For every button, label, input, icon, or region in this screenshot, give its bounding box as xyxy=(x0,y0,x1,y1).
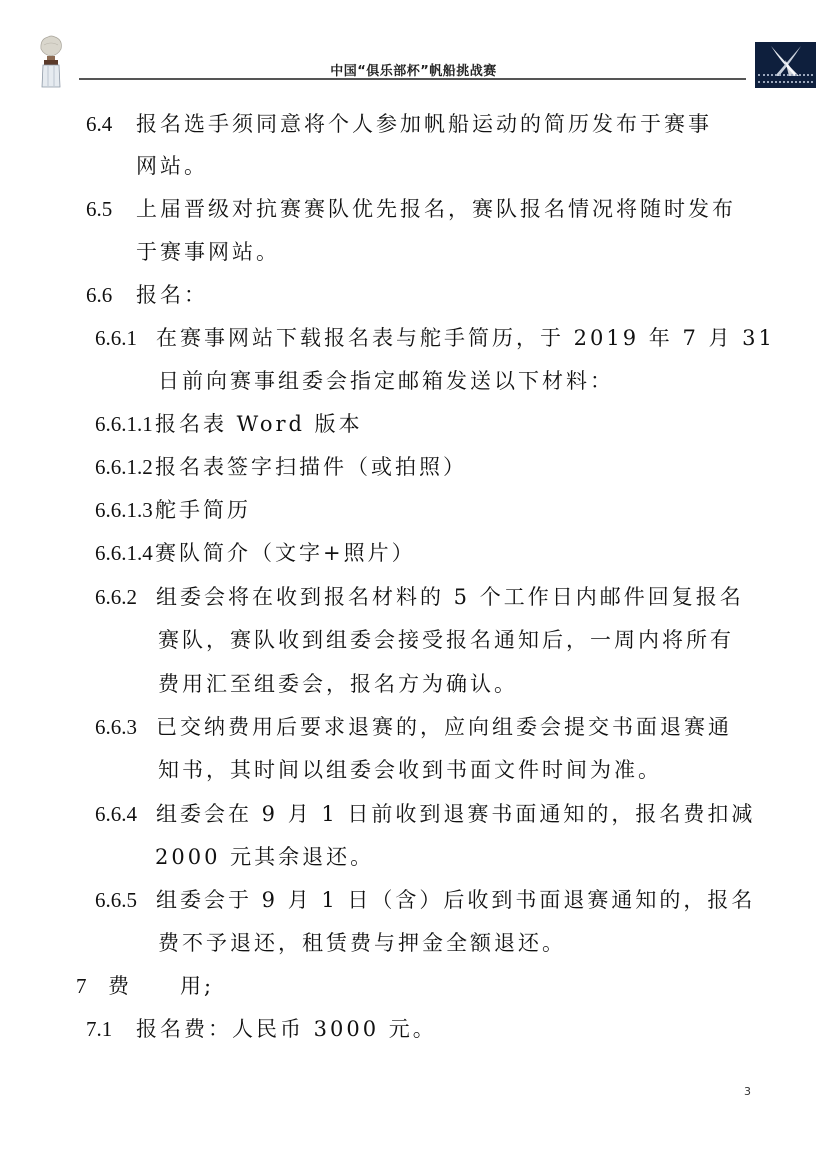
header-title: 中国“俱乐部杯”帆船挑战赛 xyxy=(0,60,827,79)
clause-6-6-4-cont: 2000 元其余退还。 xyxy=(155,843,374,871)
clause-6-6-5-cont: 费不予退还，租赁费与押金全额退还。 xyxy=(158,929,566,957)
clause-6-6-1-3: 6.6.1.3舵手简历 xyxy=(95,496,251,524)
clause-7-1: 7.1报名费：人民币 3000 元。 xyxy=(86,1015,437,1043)
clause-6-4-cont: 网站。 xyxy=(136,152,208,180)
clause-6-6-3: 6.6.3已交纳费用后要求退赛的，应向组委会提交书面退赛通 xyxy=(95,713,732,741)
clause-6-6-4: 6.6.4组委会在 9 月 1 日前收到退赛书面通知的，报名费扣减 xyxy=(95,800,755,828)
page-number: 3 xyxy=(744,1085,751,1098)
clause-6-5-cont: 于赛事网站。 xyxy=(136,238,280,266)
clause-6-5: 6.5上届晋级对抗赛赛队优先报名，赛队报名情况将随时发布 xyxy=(86,195,736,223)
sailing-x-logo xyxy=(755,42,816,88)
clause-6-6-1: 6.6.1在赛事网站下载报名表与舵手简历，于 2019 年 7 月 31 xyxy=(95,324,775,352)
clause-6-6-1-cont: 日前向赛事组委会指定邮箱发送以下材料： xyxy=(158,367,614,395)
clause-6-6-1-2: 6.6.1.2报名表签字扫描件（或拍照） xyxy=(95,453,467,481)
clause-6-6: 6.6报名： xyxy=(86,281,208,309)
clause-6-6-1-4: 6.6.1.4赛队简介（文字+照片） xyxy=(95,539,416,567)
clause-6-4: 6.4报名选手须同意将个人参加帆船运动的简历发布于赛事 xyxy=(86,110,712,138)
section-7-heading: 7费 用; xyxy=(76,972,214,1000)
clause-6-6-3-cont: 知书，其时间以组委会收到书面文件时间为准。 xyxy=(158,756,662,784)
clause-6-6-2-cont-1: 赛队，赛队收到组委会接受报名通知后，一周内将所有 xyxy=(158,626,734,654)
clause-6-6-2: 6.6.2组委会将在收到报名材料的 5 个工作日内邮件回复报名 xyxy=(95,583,744,611)
header-divider xyxy=(79,78,746,80)
clause-6-6-1-1: 6.6.1.1报名表 Word 版本 xyxy=(95,410,363,438)
clause-6-6-5: 6.6.5组委会于 9 月 1 日（含）后收到书面退赛通知的，报名 xyxy=(95,886,755,914)
logo-caption xyxy=(758,74,813,83)
clause-6-6-2-cont-2: 费用汇至组委会，报名方为确认。 xyxy=(158,670,518,698)
